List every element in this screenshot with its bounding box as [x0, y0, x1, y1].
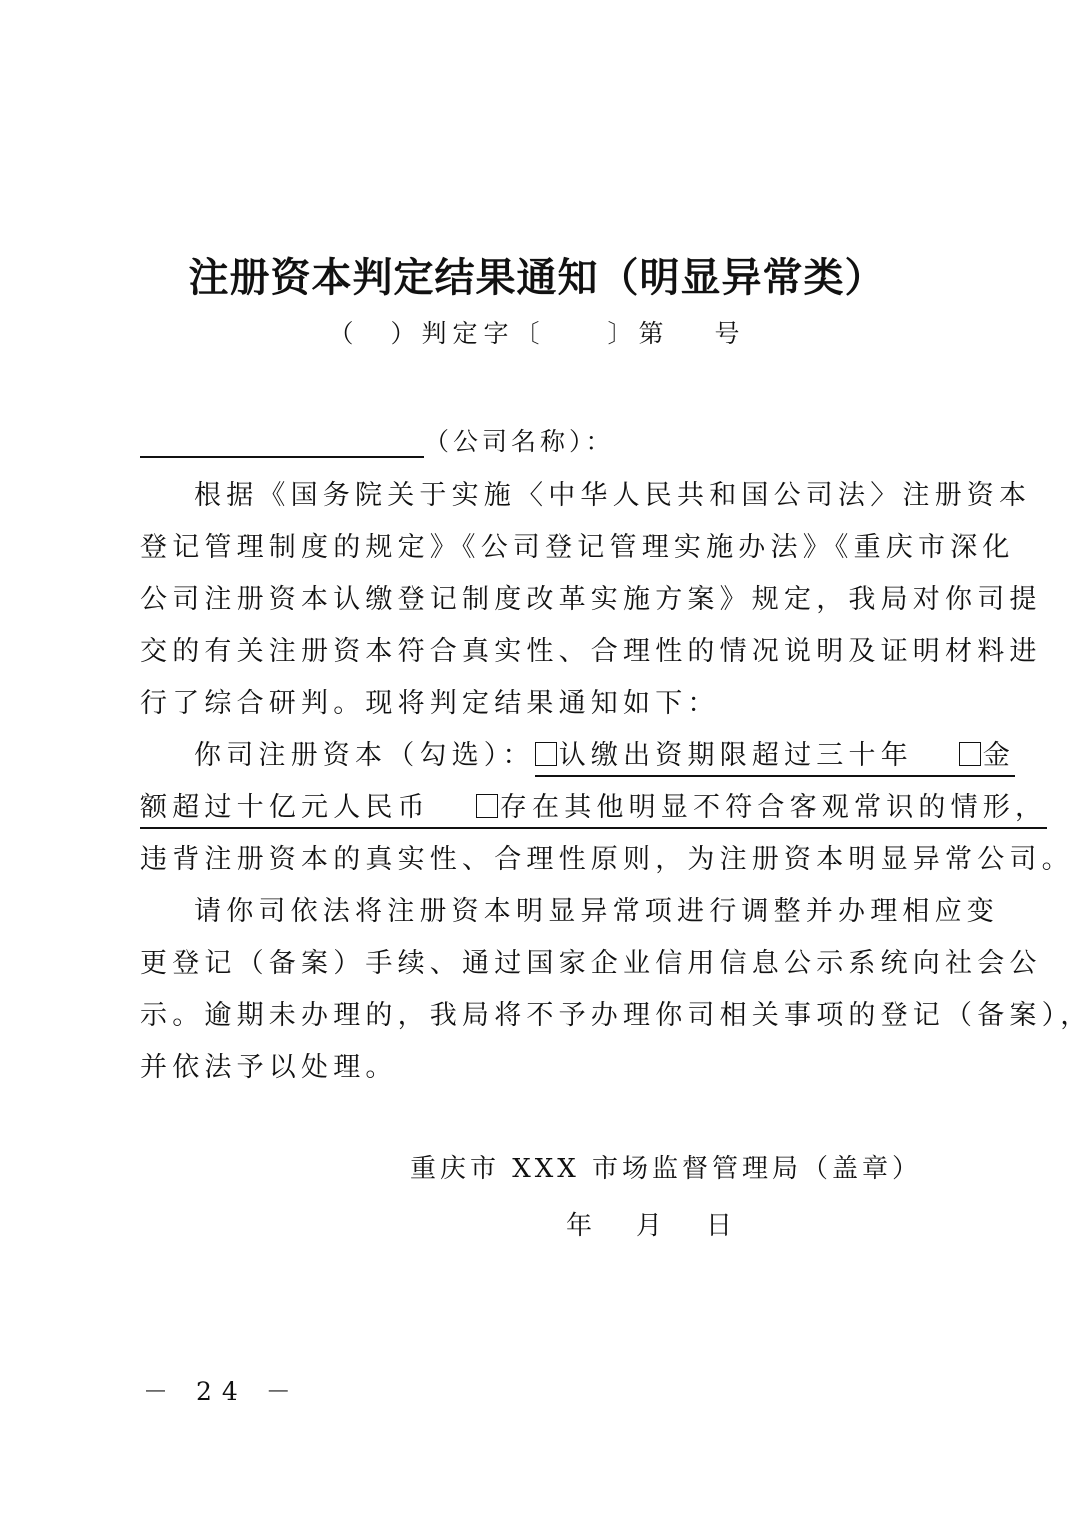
selection-tail: 违背注册资本的真实性、合理性原则，为注册资本明显异常公司。 — [140, 834, 940, 886]
paragraph-line: 交的有关注册资本符合真实性、合理性的情况说明及证明材料进 — [140, 626, 940, 678]
paragraph-line: 请你司依法将注册资本明显异常项进行调整并办理相应变 — [140, 886, 940, 938]
page-number: － 24 － — [143, 1372, 301, 1408]
document-number: （ ）判定字〔 〕第 号 — [0, 314, 1074, 350]
paragraph-line: 根据《国务院关于实施〈中华人民共和国公司法〉注册资本 — [140, 470, 940, 522]
addressee-label: （公司名称）： — [424, 427, 615, 456]
paragraph-line: 行了综合研判。现将判定结果通知如下： — [140, 678, 940, 730]
checkbox-other-abnormal[interactable] — [476, 794, 498, 818]
paragraph-instructions: 请你司依法将注册资本明显异常项进行调整并办理相应变 更登记（备案）手续、通过国家… — [140, 886, 940, 1094]
issuer-signature: 重庆市 XXX 市场监督管理局（盖章） — [410, 1148, 922, 1185]
paragraph-selection: 你司注册资本（勾选）：认缴出资期限超过三十年 金 额超过十亿元人民币 存在其他明… — [140, 730, 940, 886]
checkbox-amount-over-1-billion[interactable] — [959, 742, 981, 766]
paragraph-basis: 根据《国务院关于实施〈中华人民共和国公司法〉注册资本 登记管理制度的规定》《公司… — [140, 470, 940, 730]
option-other-abnormal: 存在其他明显不符合客观常识的情形， — [500, 792, 1047, 823]
date-year: 年 — [566, 1211, 592, 1241]
option-amount-part1: 金 — [983, 740, 1015, 771]
selection-lead: 你司注册资本（勾选）： — [194, 740, 535, 771]
document-title: 注册资本判定结果通知（明显异常类） — [0, 246, 1074, 303]
option-amount-part2: 额超过十亿元人民币 — [140, 792, 430, 823]
paragraph-line: 登记管理制度的规定》《公司登记管理实施办法》《重庆市深化 — [140, 522, 940, 574]
paragraph-line: 公司注册资本认缴登记制度改革实施方案》规定，我局对你司提 — [140, 574, 940, 626]
issue-date: 年月日 — [566, 1205, 776, 1242]
checkbox-term-over-30-years[interactable] — [535, 742, 557, 766]
date-month: 月 — [636, 1211, 662, 1241]
paragraph-line: 示。逾期未办理的，我局将不予办理你司相关事项的登记（备案）， — [140, 990, 940, 1042]
date-day: 日 — [706, 1211, 732, 1241]
document-page: 注册资本判定结果通知（明显异常类） （ ）判定字〔 〕第 号 （公司名称）： 根… — [0, 0, 1074, 1520]
addressee-line: （公司名称）： — [140, 420, 615, 460]
paragraph-line: 并依法予以处理。 — [140, 1042, 940, 1094]
paragraph-line: 更登记（备案）手续、通过国家企业信用信息公示系统向社会公 — [140, 938, 940, 990]
option-term-over-30-years: 认缴出资期限超过三十年 — [559, 740, 913, 771]
company-name-blank[interactable] — [140, 420, 424, 458]
